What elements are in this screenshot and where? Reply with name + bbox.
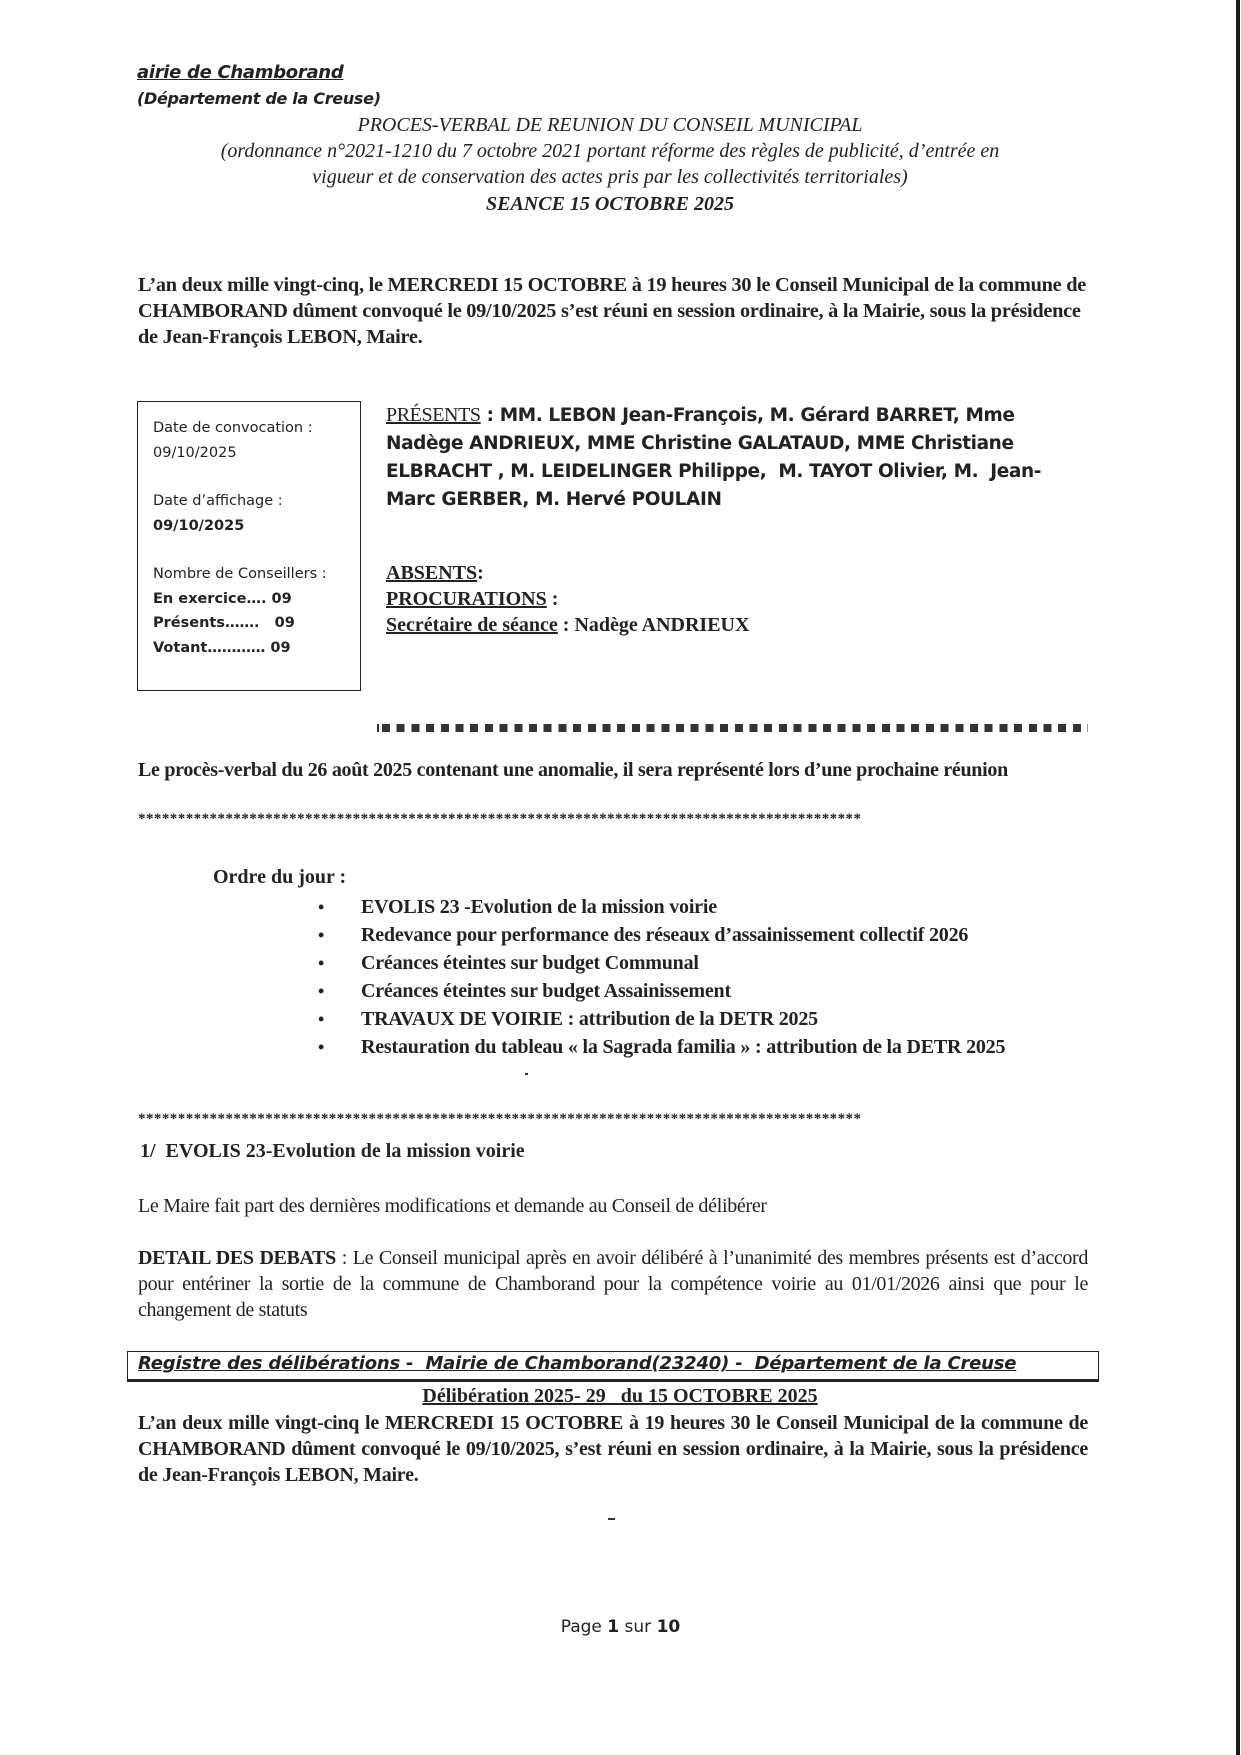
agenda-item: •TRAVAUX DE VOIRIE : attribution de la D… bbox=[300, 1005, 1100, 1033]
votant-count: Votant………… 09 bbox=[153, 636, 360, 661]
scan-edge-line bbox=[1236, 0, 1240, 1755]
bullet-icon: • bbox=[318, 1005, 324, 1033]
procurations-label: PROCURATIONS bbox=[386, 588, 547, 610]
en-exercice-count: En exercice…. 09 bbox=[153, 587, 360, 612]
bullet-icon: • bbox=[318, 921, 324, 949]
agenda-item: •Créances éteintes sur budget Communal bbox=[300, 949, 1100, 977]
debats-label: DETAIL DES DEBATS bbox=[138, 1247, 336, 1269]
document-title: PROCES-VERBAL DE REUNION DU CONSEIL MUNI… bbox=[120, 114, 1100, 137]
presents-names: : MM. LEBON Jean-François, M. Gérard BAR… bbox=[386, 405, 1041, 510]
page-current: 1 bbox=[607, 1617, 619, 1637]
departement-heading: (Département de la Creuse) bbox=[137, 89, 381, 108]
page-footer: Page 1 sur 10 bbox=[0, 1617, 1241, 1637]
deliberation-body: L’an deux mille vingt-cinq le MERCREDI 1… bbox=[138, 1410, 1088, 1488]
section-1-title: 1/ EVOLIS 23-Evolution de la mission voi… bbox=[140, 1140, 525, 1163]
agenda-item: •EVOLIS 23 -Evolution de la mission voir… bbox=[300, 893, 1100, 921]
convocation-info-box: Date de convocation : 09/10/2025 Date d’… bbox=[137, 401, 361, 691]
presents-label: PRÉSENTS bbox=[386, 404, 481, 426]
mairie-heading: airie de Chamborand bbox=[137, 62, 343, 83]
bullet-icon: • bbox=[318, 1033, 324, 1061]
agenda-item: •Créances éteintes sur budget Assainisse… bbox=[300, 977, 1100, 1005]
conseillers-label: Nombre de Conseillers : bbox=[153, 562, 360, 587]
ordonnance-line-1: (ordonnance n°2021-1210 du 7 octobre 202… bbox=[120, 140, 1100, 163]
agenda-title: Ordre du jour : bbox=[213, 866, 346, 889]
agenda-item: •Restauration du tableau « la Sagrada fa… bbox=[300, 1033, 1100, 1061]
pv-note-paragraph: Le procès-verbal du 26 août 2025 contena… bbox=[138, 757, 1098, 783]
procurations-value: : bbox=[547, 588, 559, 610]
section-1-body: Le Maire fait part des dernières modific… bbox=[138, 1193, 1088, 1219]
secretaire-value: : Nadège ANDRIEUX bbox=[558, 614, 750, 636]
agenda-item: •Redevance pour performance des réseaux … bbox=[300, 921, 1100, 949]
agenda-list: •EVOLIS 23 -Evolution de la mission voir… bbox=[300, 893, 1100, 1061]
registre-banner: Registre des délibérations - Mairie de C… bbox=[127, 1351, 1099, 1382]
seance-date: SEANCE 15 OCTOBRE 2025 bbox=[120, 193, 1100, 216]
affichage-date: 09/10/2025 bbox=[153, 514, 360, 539]
bullet-icon: • bbox=[318, 893, 324, 921]
convocation-date: 09/10/2025 bbox=[153, 441, 360, 466]
presents-count: Présents……. 09 bbox=[153, 611, 360, 636]
page-total: 10 bbox=[657, 1617, 681, 1637]
star-separator: ****************************************… bbox=[138, 811, 1083, 828]
scan-speck bbox=[608, 1518, 615, 1520]
star-separator: ****************************************… bbox=[138, 1111, 1083, 1128]
absents-label: ABSENTS bbox=[386, 562, 477, 584]
affichage-label: Date d’affichage : bbox=[153, 489, 360, 514]
presents-section: PRÉSENTS : MM. LEBON Jean-François, M. G… bbox=[386, 401, 1086, 514]
convocation-label: Date de convocation : bbox=[153, 416, 360, 441]
absents-value: : bbox=[477, 562, 484, 584]
ordonnance-line-2: vigueur et de conservation des actes pri… bbox=[120, 166, 1100, 189]
dashed-separator bbox=[382, 724, 1088, 732]
bullet-icon: • bbox=[318, 977, 324, 1005]
absences-section: ABSENTS: PROCURATIONS : Secrétaire de sé… bbox=[386, 560, 749, 638]
scan-speck bbox=[525, 1073, 528, 1075]
debats-paragraph: DETAIL DES DEBATS : Le Conseil municipal… bbox=[138, 1245, 1088, 1323]
deliberation-title: Délibération 2025- 29 du 15 OCTOBRE 2025 bbox=[120, 1385, 1120, 1408]
bullet-icon: • bbox=[318, 949, 324, 977]
intro-paragraph: L’an deux mille vingt-cinq, le MERCREDI … bbox=[138, 272, 1088, 350]
secretaire-label: Secrétaire de séance bbox=[386, 614, 558, 636]
